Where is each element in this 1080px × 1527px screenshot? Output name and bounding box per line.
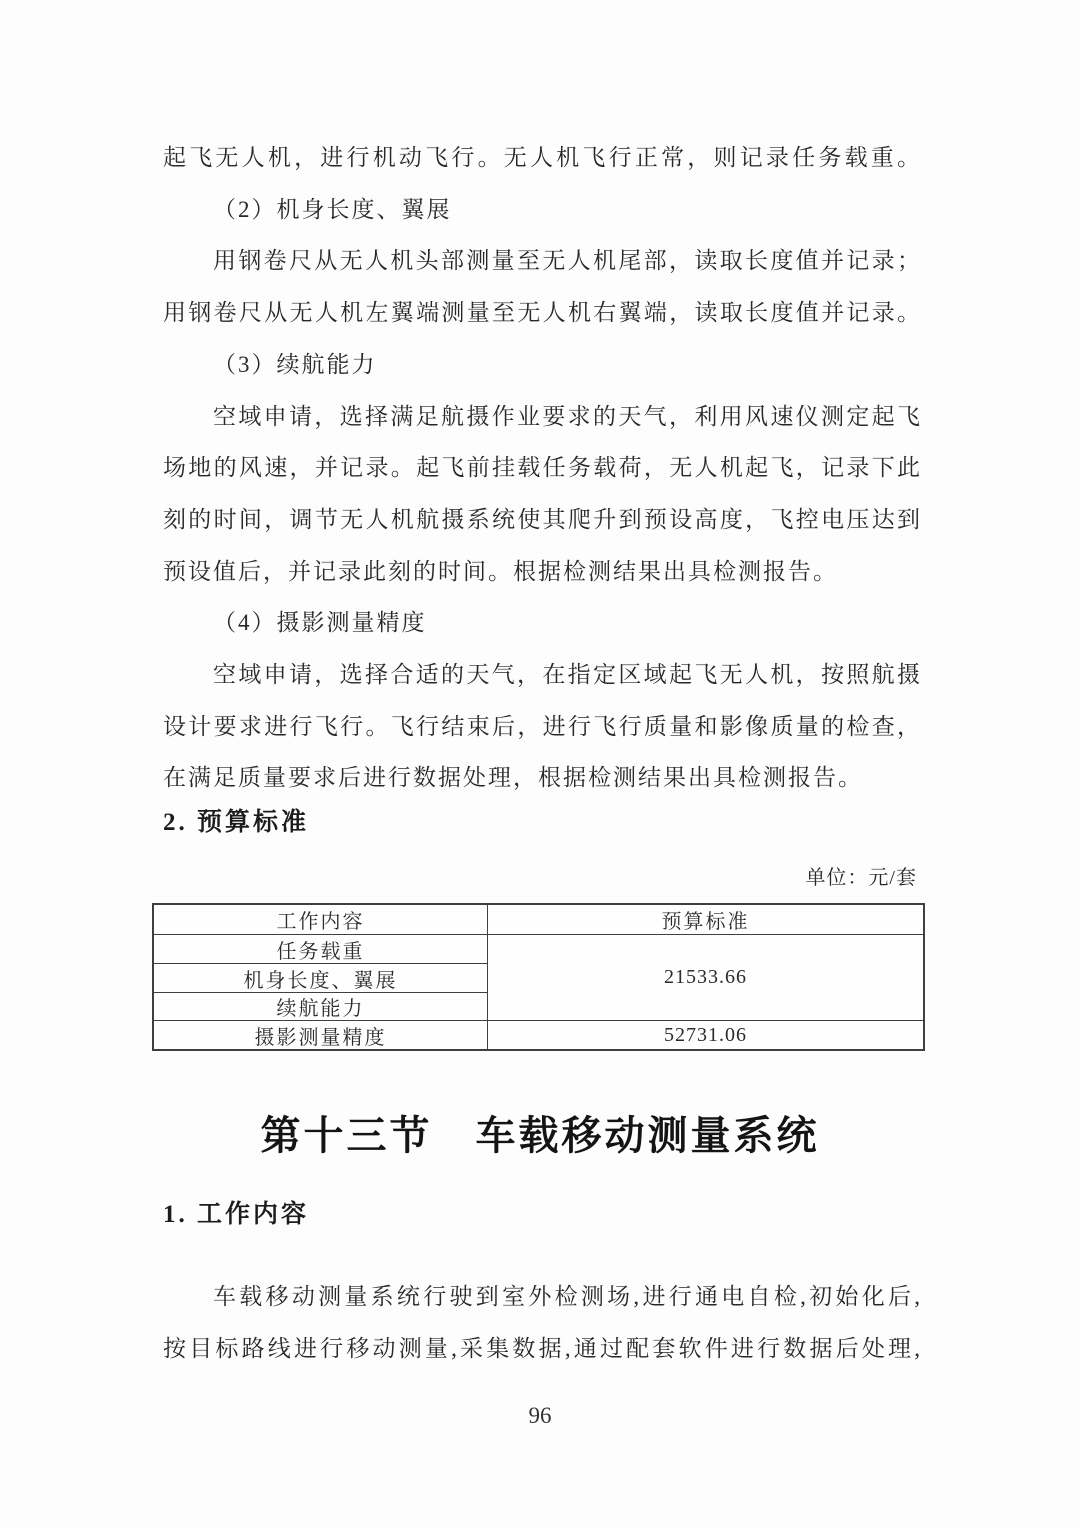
body-line: 预设值后，并记录此刻的时间。根据检测结果出具检测报告。: [163, 546, 922, 598]
table-header-work: 工作内容: [154, 905, 488, 935]
section-title: 第十三节 车载移动测量系统: [0, 1112, 1080, 1160]
table-cell-endurance: 续航能力: [154, 993, 488, 1021]
body-line: 按目标路线进行移动测量,采集数据,通过配套软件进行数据后处理,: [163, 1323, 922, 1375]
body-line-item-3: （3）续航能力: [163, 339, 922, 391]
body-line: 设计要求进行飞行。飞行结束后，进行飞行质量和影像质量的检查，: [163, 701, 922, 753]
body-line: 在满足质量要求后进行数据处理，根据检测结果出具检测报告。: [163, 752, 922, 804]
table-cell-photogrammetry: 摄影测量精度: [154, 1021, 488, 1049]
page-number: 96: [0, 1402, 1080, 1430]
body-line: 用钢卷尺从无人机头部测量至无人机尾部，读取长度值并记录；: [163, 235, 922, 287]
table-cell-photogrammetry-budget: 52731.06: [488, 1021, 923, 1049]
unit-label: 单位：元/套: [152, 866, 917, 890]
body-line: 空域申请，选择满足航摄作业要求的天气，利用风速仪测定起飞: [163, 391, 922, 443]
work-content-heading: 1. 工作内容: [163, 1200, 309, 1230]
body-line: 场地的风速，并记录。起飞前挂载任务载荷，无人机起飞，记录下此: [163, 442, 922, 494]
vehicle-paragraph: 车载移动测量系统行驶到室外检测场,进行通电自检,初始化后, 按目标路线进行移动测…: [163, 1271, 922, 1374]
table-header-budget: 预算标准: [488, 905, 923, 935]
body-line-item-4: （4）摄影测量精度: [163, 597, 922, 649]
table-cell-merged-budget: 21533.66: [488, 935, 923, 1021]
budget-heading: 2. 预算标准: [163, 808, 309, 838]
table-cell-payload: 任务载重: [154, 935, 488, 964]
table-cell-fuselage: 机身长度、翼展: [154, 964, 488, 993]
body-line-item-2: （2）机身长度、翼展: [163, 184, 922, 236]
budget-table: 工作内容 预算标准 任务载重 机身长度、翼展 续航能力 摄影测量精度 21533…: [152, 903, 925, 1051]
body-line: 车载移动测量系统行驶到室外检测场,进行通电自检,初始化后,: [163, 1271, 922, 1323]
uav-paragraphs: 起飞无人机，进行机动飞行。无人机飞行正常，则记录任务载重。 （2）机身长度、翼展…: [163, 132, 922, 804]
body-line: 起飞无人机，进行机动飞行。无人机飞行正常，则记录任务载重。: [163, 132, 922, 184]
document-page: 起飞无人机，进行机动飞行。无人机飞行正常，则记录任务载重。 （2）机身长度、翼展…: [0, 0, 1080, 1527]
body-line: 空域申请，选择合适的天气，在指定区域起飞无人机，按照航摄: [163, 649, 922, 701]
body-line: 刻的时间，调节无人机航摄系统使其爬升到预设高度，飞控电压达到: [163, 494, 922, 546]
body-line: 用钢卷尺从无人机左翼端测量至无人机右翼端，读取长度值并记录。: [163, 287, 922, 339]
